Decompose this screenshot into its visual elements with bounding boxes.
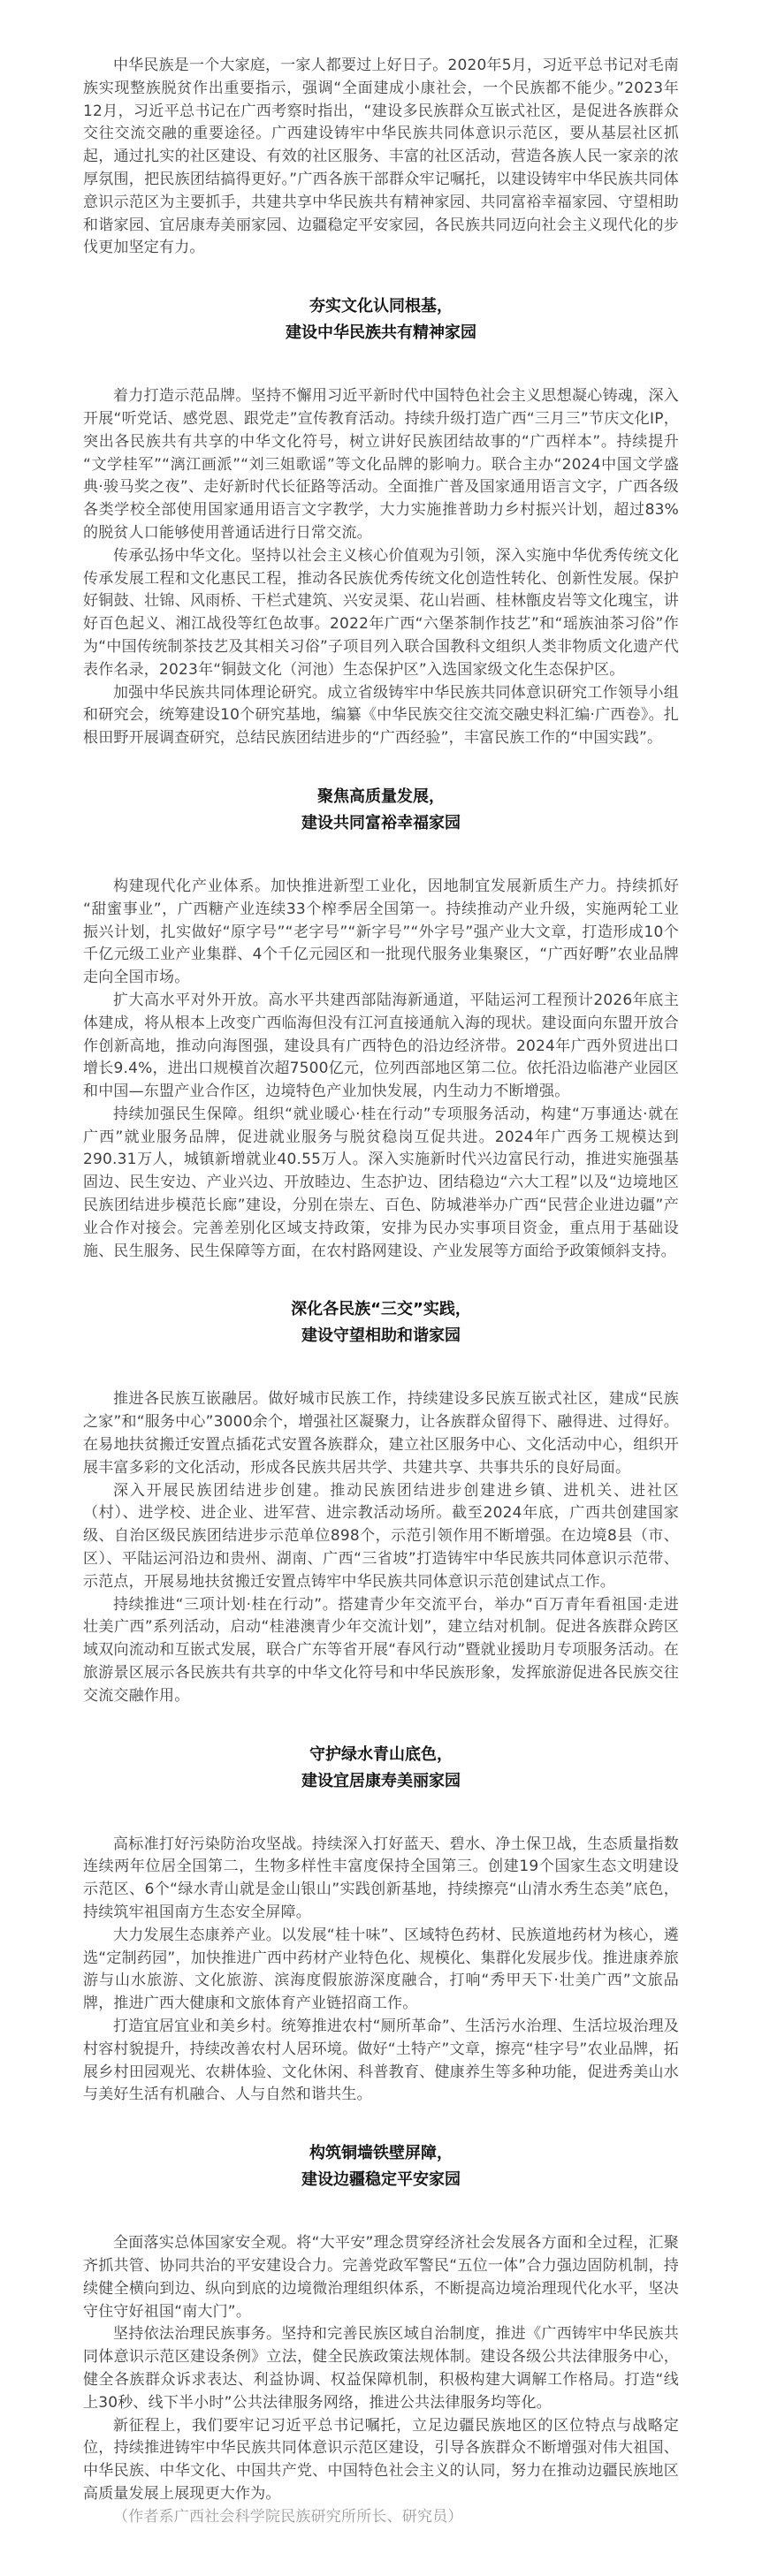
section-1-heading-line-2: 建设中华民族共有精神家园 [83, 320, 679, 346]
author-note: （作者系广西社会科学院民族研究所所长、研究员） [83, 2506, 679, 2529]
section-5-heading-line-1: 构筑铜墙铁壁屏障， [83, 2140, 679, 2167]
section-1-paragraph-2: 传承弘扬中华文化。坚持以社会主义核心价值观为引领，深入实施中华优秀传统文化传承发… [83, 545, 679, 682]
section-1-paragraph-3: 加强中华民族共同体理论研究。成立省级铸牢中华民族共同体意识研究工作领导小组和研究… [83, 682, 679, 750]
section-2-paragraph-1: 构建现代化产业体系。加快推进新型工业化，因地制宜发展新质生产力。持续抓好“甜蜜事… [83, 876, 679, 990]
section-4-heading: 守护绿水青山底色， 建设宜居康寿美丽家园 [83, 1742, 679, 1795]
article-page: 中华民族是一个大家庭，一家人都要过上好日子。2020年5月，习近平总书记对毛南族… [0, 0, 762, 2576]
section-3-paragraph-1: 推进各民族互嵌融居。做好城市民族工作，持续建设多民族互嵌式社区，建成“民族之家”… [83, 1388, 679, 1479]
section-5-heading: 构筑铜墙铁壁屏障， 建设边疆稳定平安家园 [83, 2140, 679, 2193]
section-3-heading-line-2: 建设守望相助和谐家园 [83, 1323, 679, 1349]
section-5-heading-line-2: 建设边疆稳定平安家园 [83, 2167, 679, 2193]
section-4-paragraph-3: 打造宜居宜业和美乡村。统筹推进农村“厕所革命”、生活污水治理、生活垃圾治理及村容… [83, 2016, 679, 2107]
section-2-paragraph-3: 持续加强民生保障。组织“就业暖心·桂在行动”专项服务活动，构建“万事通达·就在广… [83, 1104, 679, 1264]
section-1-paragraph-1: 着力打造示范品牌。坚持不懈用习近平新时代中国特色社会主义思想凝心铸魂，深入开展“… [83, 385, 679, 545]
section-2-heading-line-1: 聚焦高质量发展， [83, 784, 679, 810]
section-4-heading-line-2: 建设宜居康寿美丽家园 [83, 1768, 679, 1795]
section-4-paragraph-2: 大力发展生态康养产业。以发展“桂十味”、区域特色药材、民族道地药材为核心，遴选“… [83, 1925, 679, 2016]
section-4-paragraph-1: 高标准打好污染防治攻坚战。持续深入打好蓝天、碧水、净土保卫战，生态质量指数连续两… [83, 1834, 679, 1925]
section-2-heading: 聚焦高质量发展， 建设共同富裕幸福家园 [83, 784, 679, 837]
section-4-heading-line-1: 守护绿水青山底色， [83, 1742, 679, 1768]
section-3-paragraph-3: 持续推进“三项计划·桂在行动”。搭建青少年交流平台，举办“百万青年看祖国·走进壮… [83, 1594, 679, 1708]
section-3-paragraph-2: 深入开展民族团结进步创建。推动民族团结进步创建进乡镇、进机关、进社区（村）、进学… [83, 1480, 679, 1594]
section-2-heading-line-2: 建设共同富裕幸福家园 [83, 810, 679, 837]
section-5-paragraph-3: 新征程上，我们要牢记习近平总书记嘱托，立足边疆民族地区的区位特点与战略定位，持续… [83, 2415, 679, 2506]
section-5-paragraph-2: 坚持依法治理民族事务。坚持和完善民族区域自治制度，推进《广西铸牢中华民族共同体意… [83, 2323, 679, 2414]
section-1-heading: 夯实文化认同根基， 建设中华民族共有精神家园 [83, 293, 679, 346]
section-3-heading-line-1: 深化各民族“三交”实践， [83, 1296, 679, 1323]
section-2-paragraph-2: 扩大高水平对外开放。高水平共建西部陆海新通道，平陆运河工程预计2026年底主体建… [83, 990, 679, 1104]
section-5-paragraph-1: 全面落实总体国家安全观。将“大平安”理念贯穿经济社会发展各方面和全过程，汇聚齐抓… [83, 2232, 679, 2323]
section-1-heading-line-1: 夯实文化认同根基， [83, 293, 679, 320]
intro-paragraph: 中华民族是一个大家庭，一家人都要过上好日子。2020年5月，习近平总书记对毛南族… [83, 55, 679, 260]
section-3-heading: 深化各民族“三交”实践， 建设守望相助和谐家园 [83, 1296, 679, 1349]
